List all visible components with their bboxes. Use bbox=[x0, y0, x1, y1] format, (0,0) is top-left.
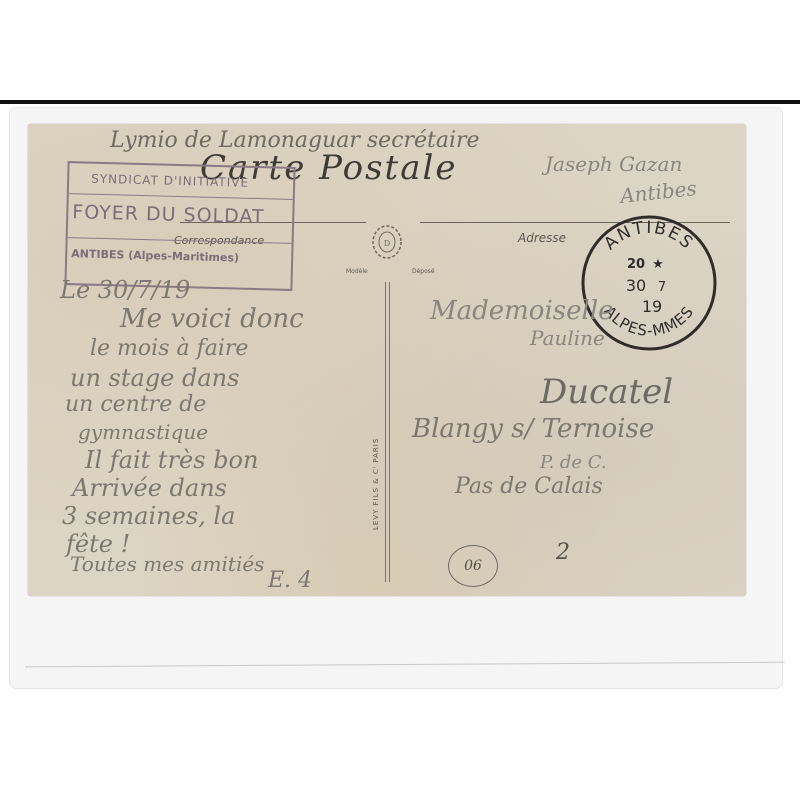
department-number: 06 bbox=[464, 558, 482, 574]
message-line: un centre de bbox=[65, 392, 206, 417]
publisher-imprint: LEVY FILS & Cᴵ PARIS bbox=[372, 438, 380, 530]
message-line: Il fait très bon bbox=[85, 446, 258, 474]
signature: E. 4 bbox=[268, 568, 312, 593]
center-divider bbox=[385, 282, 390, 582]
svg-text:19: 19 bbox=[642, 297, 662, 316]
stamp-line-2: FOYER DU SOLDAT bbox=[72, 201, 265, 228]
svg-text:20: 20 bbox=[627, 257, 645, 272]
emblem-label-right: Déposé bbox=[412, 268, 435, 275]
stamp-separator bbox=[69, 193, 293, 200]
emblem-label-left: Modèle bbox=[346, 268, 368, 275]
scan-top-border bbox=[0, 100, 800, 104]
message-line: un stage dans bbox=[70, 364, 239, 392]
scan-top-margin bbox=[0, 0, 800, 103]
address-line: Pas de Calais bbox=[455, 474, 603, 499]
message-line: 3 semaines, la bbox=[62, 502, 235, 530]
adresse-label: Adresse bbox=[518, 231, 566, 245]
pencil-number: 2 bbox=[556, 540, 570, 565]
stamp-line-3: ANTIBES (Alpes-Maritimes) bbox=[71, 247, 239, 264]
handwriting-top-line-2: Jaseph Gazan bbox=[545, 152, 682, 176]
wreath-emblem-icon: D bbox=[364, 224, 410, 264]
svg-text:30: 30 bbox=[626, 276, 646, 295]
address-line: Mademoiselle bbox=[430, 296, 614, 326]
message-line: le mois à faire bbox=[90, 336, 248, 361]
syndicat-rubber-stamp: SYNDICAT D'INITIATIVE FOYER DU SOLDAT AN… bbox=[64, 161, 295, 291]
message-line: Me voici donc bbox=[120, 304, 304, 334]
svg-text:D: D bbox=[384, 239, 390, 248]
address-line: Blangy s/ Ternoise bbox=[412, 414, 654, 444]
svg-text:★: ★ bbox=[652, 257, 664, 272]
message-line: Toutes mes amitiés bbox=[70, 552, 264, 576]
message-line: Arrivée dans bbox=[72, 474, 227, 502]
stamp-line-1: SYNDICAT D'INITIATIVE bbox=[91, 172, 249, 190]
svg-text:7: 7 bbox=[658, 280, 666, 295]
address-line: P. de C. bbox=[540, 452, 607, 473]
address-line: Pauline bbox=[530, 326, 605, 350]
message-line: Le 30/7/19 bbox=[60, 276, 190, 304]
message-line: gymnastique bbox=[78, 420, 208, 444]
circled-department-number: 06 bbox=[448, 545, 498, 587]
address-line: Ducatel bbox=[540, 372, 673, 412]
svg-text:ANTIBES: ANTIBES bbox=[600, 218, 697, 254]
stamp-separator bbox=[68, 237, 292, 244]
